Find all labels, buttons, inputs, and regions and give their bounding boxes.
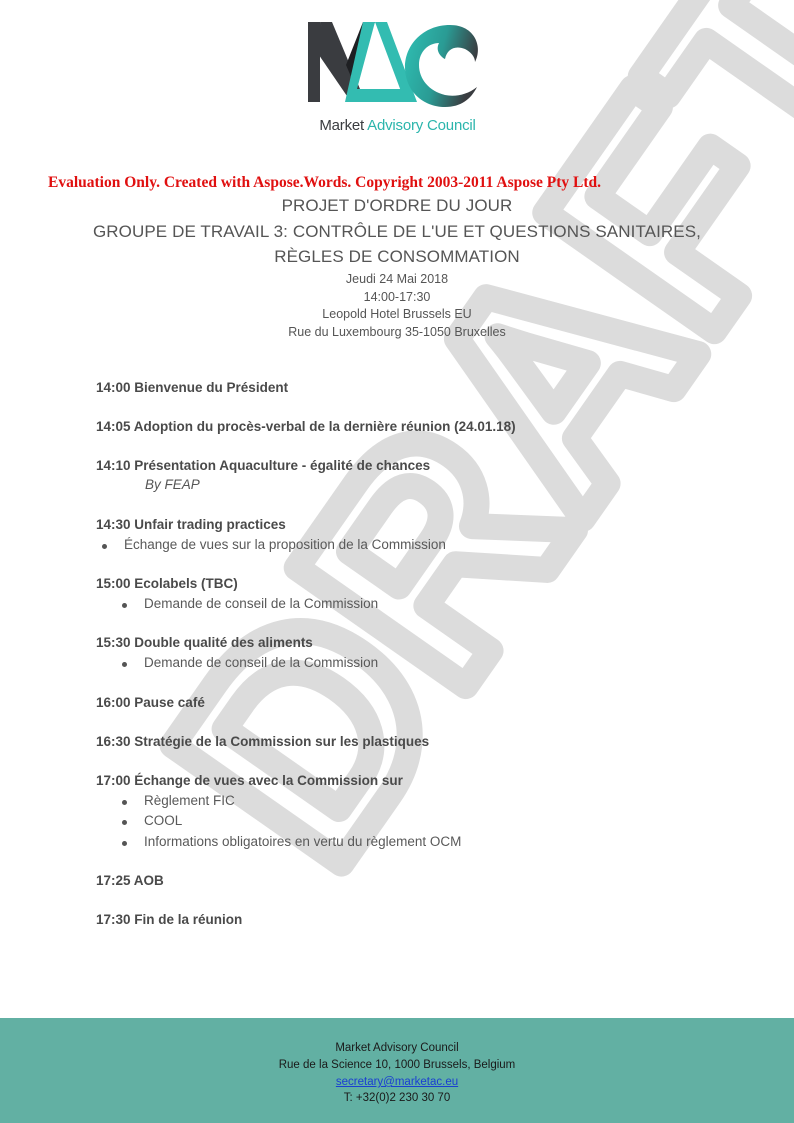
footer-email-line: secretary@marketac.eu	[0, 1076, 794, 1088]
draft-watermark: DRAFT	[0, 0, 794, 1123]
meeting-time: 14:00-17:30	[0, 290, 794, 304]
bullet-dot-icon	[122, 800, 127, 805]
agenda-item-presenter: By FEAP	[145, 477, 200, 492]
agenda-bullet: COOL	[144, 813, 182, 828]
bullet-dot-icon	[122, 820, 127, 825]
footer-address: Rue de la Science 10, 1000 Brussels, Bel…	[0, 1059, 794, 1071]
brand-word-market: Market	[319, 117, 364, 134]
agenda-bullet: Informations obligatoires en vertu du rè…	[144, 834, 461, 849]
page-footer: Market Advisory Council Rue de la Scienc…	[0, 1018, 794, 1123]
page-title: PROJET D'ORDRE DU JOUR	[0, 196, 794, 216]
agenda-bullet-text: Demande de conseil de la Commission	[144, 655, 378, 670]
subtitle-line-2: RÈGLES DE CONSOMMATION	[0, 247, 794, 267]
agenda-item-heading: 17:25 AOB	[96, 873, 164, 888]
agenda-bullet-text: Informations obligatoires en vertu du rè…	[144, 834, 461, 849]
agenda-item-heading: 14:00 Bienvenue du Président	[96, 380, 288, 395]
agenda-bullet-text: Échange de vues sur la proposition de la…	[124, 537, 446, 552]
bullet-dot-icon	[102, 544, 107, 549]
mac-logo-mark	[305, 17, 490, 117]
agenda-item-heading: 16:00 Pause café	[96, 695, 205, 710]
agenda-bullet-text: Demande de conseil de la Commission	[144, 596, 378, 611]
footer-organization: Market Advisory Council	[0, 1042, 794, 1054]
bullet-dot-icon	[122, 603, 127, 608]
meeting-date: Jeudi 24 Mai 2018	[0, 272, 794, 286]
brand-name: Market Advisory Council	[305, 117, 490, 134]
agenda-item-heading: 15:30 Double qualité des aliments	[96, 635, 313, 650]
bullet-dot-icon	[122, 662, 127, 667]
agenda-item-heading: 17:00 Échange de vues avec la Commission…	[96, 773, 403, 788]
agenda-bullet-text: COOL	[144, 813, 182, 828]
mac-logo: Market Advisory Council	[305, 17, 490, 137]
agenda-item-heading: 17:30 Fin de la réunion	[96, 912, 242, 927]
agenda-bullet: Demande de conseil de la Commission	[144, 655, 378, 670]
agenda-item-heading: 14:30 Unfair trading practices	[96, 517, 286, 532]
agenda-bullet: Demande de conseil de la Commission	[144, 596, 378, 611]
agenda-bullet: Règlement FIC	[144, 793, 235, 808]
footer-phone: T: +32(0)2 230 30 70	[0, 1092, 794, 1104]
agenda-item-heading: 14:10 Présentation Aquaculture - égalité…	[96, 458, 430, 473]
agenda-item-heading: 16:30 Stratégie de la Commission sur les…	[96, 734, 429, 749]
evaluation-notice: Evaluation Only. Created with Aspose.Wor…	[48, 174, 748, 192]
agenda-bullet-text: Règlement FIC	[144, 793, 235, 808]
brand-word-advisory-council: Advisory Council	[367, 117, 476, 134]
bullet-dot-icon	[122, 841, 127, 846]
subtitle-line-1: GROUPE DE TRAVAIL 3: CONTRÔLE DE L'UE ET…	[0, 222, 794, 242]
agenda-item-heading: 15:00 Ecolabels (TBC)	[96, 576, 238, 591]
agenda-bullet: Échange de vues sur la proposition de la…	[124, 537, 446, 552]
agenda-item-heading: 14:05 Adoption du procès-verbal de la de…	[96, 419, 516, 434]
meeting-address: Rue du Luxembourg 35-1050 Bruxelles	[0, 325, 794, 339]
meeting-venue: Leopold Hotel Brussels EU	[0, 307, 794, 321]
footer-email-link[interactable]: secretary@marketac.eu	[336, 1076, 458, 1088]
